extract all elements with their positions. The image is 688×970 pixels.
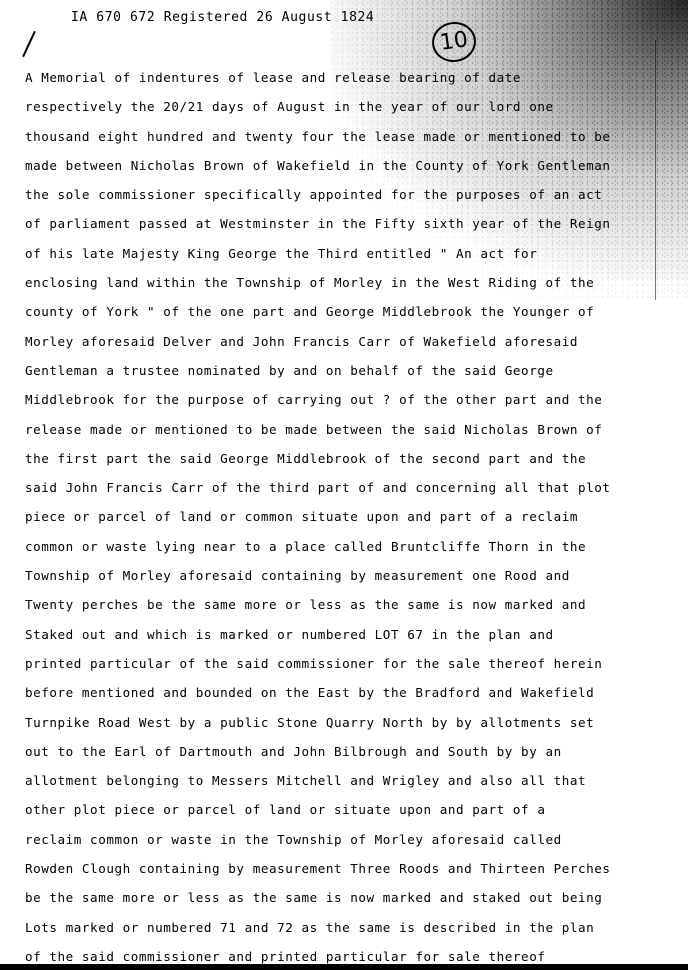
circled-page-number: 10 bbox=[429, 19, 478, 65]
text-line: allotment belonging to Messers Mitchell … bbox=[25, 771, 685, 800]
text-line: thousand eight hundred and twenty four t… bbox=[25, 127, 685, 156]
text-line: before mentioned and bounded on the East… bbox=[25, 683, 685, 712]
text-line: be the same more or less as the same is … bbox=[25, 888, 685, 917]
text-line: Twenty perches be the same more or less … bbox=[25, 595, 685, 624]
text-line: out to the Earl of Dartmouth and John Bi… bbox=[25, 742, 685, 771]
text-line: piece or parcel of land or common situat… bbox=[25, 507, 685, 536]
text-line: common or waste lying near to a place ca… bbox=[25, 537, 685, 566]
text-line: county of York " of the one part and Geo… bbox=[25, 302, 685, 331]
text-line: respectively the 20/21 days of August in… bbox=[25, 97, 685, 126]
text-line: A Memorial of indentures of lease and re… bbox=[25, 68, 685, 97]
page-bottom-edge bbox=[0, 964, 688, 970]
text-line: made between Nicholas Brown of Wakefield… bbox=[25, 156, 685, 185]
text-line: enclosing land within the Township of Mo… bbox=[25, 273, 685, 302]
scanned-document-page: IA 670 672 Registered 26 August 1824 10 … bbox=[0, 0, 688, 970]
text-line: Lots marked or numbered 71 and 72 as the… bbox=[25, 918, 685, 947]
text-line: printed particular of the said commissio… bbox=[25, 654, 685, 683]
text-line: of parliament passed at Westminster in t… bbox=[25, 214, 685, 243]
memorial-body-text: A Memorial of indentures of lease and re… bbox=[25, 68, 685, 970]
text-line: of his late Majesty King George the Thir… bbox=[25, 244, 685, 273]
text-line: other plot piece or parcel of land or si… bbox=[25, 800, 685, 829]
text-line: Gentleman a trustee nominated by and on … bbox=[25, 361, 685, 390]
text-line: reclaim common or waste in the Township … bbox=[25, 830, 685, 859]
text-line: Morley aforesaid Delver and John Francis… bbox=[25, 332, 685, 361]
text-line: Turnpike Road West by a public Stone Qua… bbox=[25, 713, 685, 742]
registration-header: IA 670 672 Registered 26 August 1824 bbox=[71, 10, 374, 25]
text-line: Staked out and which is marked or number… bbox=[25, 625, 685, 654]
text-line: the first part the said George Middlebro… bbox=[25, 449, 685, 478]
text-line: Middlebrook for the purpose of carrying … bbox=[25, 390, 685, 419]
text-line: Rowden Clough containing by measurement … bbox=[25, 859, 685, 888]
text-line: Township of Morley aforesaid containing … bbox=[25, 566, 685, 595]
pen-mark bbox=[22, 31, 36, 57]
text-line: the sole commissioner specifically appoi… bbox=[25, 185, 685, 214]
text-line: release made or mentioned to be made bet… bbox=[25, 420, 685, 449]
text-line: said John Francis Carr of the third part… bbox=[25, 478, 685, 507]
